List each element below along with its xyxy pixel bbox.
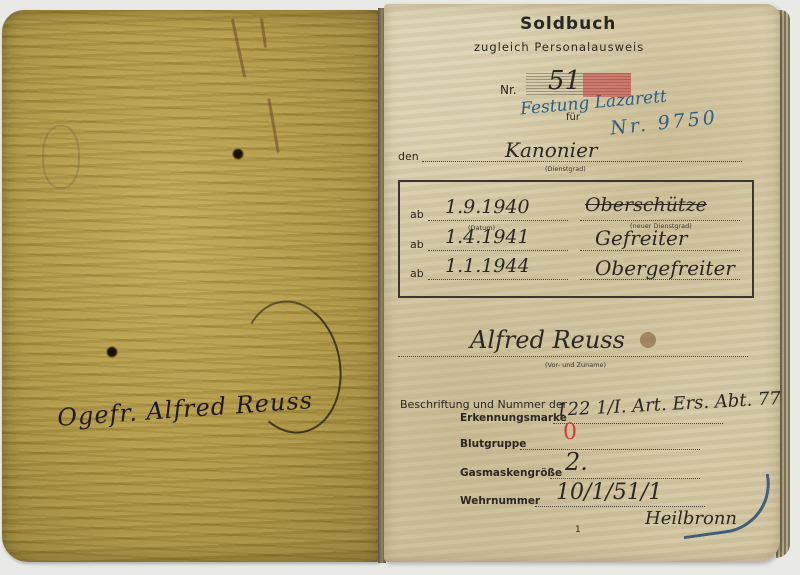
gas-mask-size-label: Gasmaskengröße bbox=[460, 467, 562, 479]
blood-group-dotted-line bbox=[520, 449, 700, 450]
id-tag-label-line2: Erkennungsmarke bbox=[460, 412, 567, 424]
punched-hole bbox=[232, 148, 244, 160]
gas-mask-size-value: 2. bbox=[565, 448, 588, 476]
promotion-prefix: ab bbox=[410, 238, 424, 251]
soldbuch-booklet: Ogefr. Alfred Reuss Soldbuch zugleich Pe… bbox=[0, 0, 800, 575]
rank-prefix: den bbox=[398, 150, 419, 163]
stain bbox=[640, 332, 656, 348]
rank-dotted-line bbox=[580, 250, 740, 251]
inside-cover-page: Ogefr. Alfred Reuss bbox=[2, 10, 380, 562]
faint-ink-mark bbox=[42, 125, 80, 189]
date-dotted-line bbox=[428, 220, 568, 221]
ink-marks bbox=[232, 18, 322, 158]
document-subtitle: zugleich Personalausweis bbox=[474, 40, 644, 54]
book-number: 51 bbox=[548, 66, 581, 96]
name-dotted-line bbox=[398, 356, 748, 357]
promotion-rank: Obergefreiter bbox=[595, 256, 735, 280]
name-caption: (Vor- und Zuname) bbox=[545, 361, 606, 369]
promotion-prefix: ab bbox=[410, 208, 424, 221]
gas-mask-dotted-line bbox=[550, 478, 700, 479]
rank-dotted-line bbox=[580, 220, 740, 221]
page-number: 1 bbox=[575, 525, 581, 535]
promotion-date: 1.4.1941 bbox=[445, 226, 530, 248]
promotion-rank: Gefreiter bbox=[595, 226, 687, 250]
full-name: Alfred Reuss bbox=[470, 326, 625, 354]
promotion-rank: Oberschütze bbox=[585, 194, 707, 216]
blood-group-label: Blutgruppe bbox=[460, 438, 526, 450]
promotion-prefix: ab bbox=[410, 267, 424, 280]
military-number-value: 10/1/51/1 bbox=[556, 480, 662, 505]
promotion-date: 1.1.1944 bbox=[445, 255, 530, 277]
punched-hole bbox=[106, 346, 118, 358]
document-title: Soldbuch bbox=[520, 14, 616, 34]
promotion-date: 1.9.1940 bbox=[445, 196, 530, 218]
rank-caption: (Dienstgrad) bbox=[545, 165, 586, 173]
date-dotted-line bbox=[428, 250, 568, 251]
for-label: für bbox=[566, 112, 580, 123]
number-label: Nr. bbox=[500, 83, 517, 97]
id-tag-dotted-line bbox=[553, 423, 723, 424]
military-number-label: Wehrnummer bbox=[460, 495, 540, 507]
rank-value: Kanonier bbox=[505, 138, 597, 162]
circular-ink-stamp bbox=[231, 292, 352, 441]
id-tag-label-line1: Beschriftung und Nummer der bbox=[400, 398, 567, 411]
blood-group-value: 0 bbox=[563, 420, 577, 445]
date-dotted-line bbox=[428, 279, 568, 280]
